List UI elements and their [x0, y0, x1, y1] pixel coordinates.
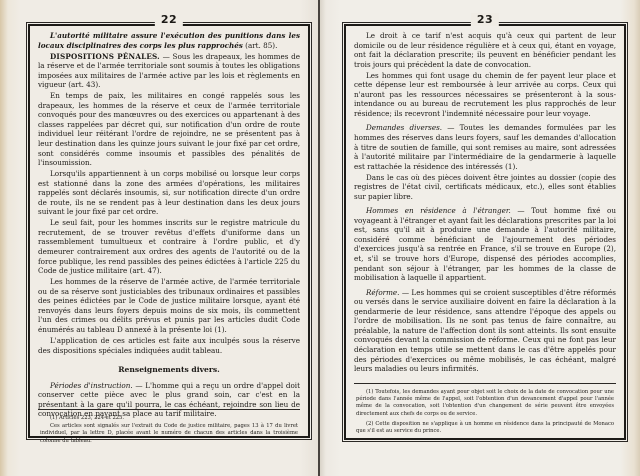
reforme-paragraph: Réforme. — Les hommes qui se croient sus…: [354, 288, 616, 374]
right-footnotes: (1) Toutefois, les demandes ayant pour o…: [356, 389, 614, 438]
footnote: Ces articles sont signalés sur l'extrait…: [40, 423, 298, 445]
paragraph: Lorsqu'ils appartiennent à un corps mobi…: [38, 169, 300, 217]
demandes-title: Demandes diverses.: [366, 123, 442, 132]
left-page: 22 L'autorité militaire assure l'exécuti…: [0, 0, 320, 476]
intro-article-ref: (art. 85).: [243, 41, 278, 50]
right-page-border-frame: 23 Le droit à ce tarif n'est acquis qu'à…: [344, 24, 626, 440]
paragraph: Le seul fait, pour les hommes inscrits s…: [38, 218, 300, 275]
etranger-title: Hommes en résidence à l'étranger.: [366, 206, 511, 215]
instruction-paragraph: Périodes d'instruction. — L'homme qui a …: [38, 381, 300, 419]
left-footnotes: (1) Articles 223, 224 et 225. Ces articl…: [40, 415, 298, 448]
etranger-text: — Tout homme fixé ou voyageant à l'étran…: [354, 206, 616, 282]
paragraph: Le droit à ce tarif n'est acquis qu'à ce…: [354, 31, 616, 69]
booklet-spread: 22 L'autorité militaire assure l'exécuti…: [0, 0, 640, 476]
footnote-divider: [38, 409, 300, 410]
instruction-title: Périodes d'instruction.: [50, 381, 133, 390]
penal-title: DISPOSITIONS PÉNALES.: [50, 52, 160, 61]
paragraph: En temps de paix, les militaires en cong…: [38, 91, 300, 167]
penal-paragraph: DISPOSITIONS PÉNALES. — Sous les drapeau…: [38, 52, 300, 90]
left-page-border-frame: 22 L'autorité militaire assure l'exécuti…: [28, 24, 310, 438]
paragraph: Les hommes qui font usage du chemin de f…: [354, 71, 616, 119]
reforme-text: — Les hommes qui se croient susceptibles…: [354, 288, 616, 373]
section-heading: Renseignements divers.: [38, 365, 300, 375]
pieces-paragraph: Dans le cas où des pièces doivent être j…: [354, 173, 616, 202]
footnote: (1) Toutefois, les demandes ayant pour o…: [356, 389, 614, 418]
right-page-body: Le droit à ce tarif n'est acquis qu'à ce…: [354, 31, 616, 375]
left-page-body: L'autorité militaire assure l'exécution …: [38, 31, 300, 420]
reforme-title: Réforme.: [366, 288, 399, 297]
right-page: 23 Le droit à ce tarif n'est acquis qu'à…: [320, 0, 640, 476]
footnote: (1) Articles 223, 224 et 225.: [40, 415, 298, 422]
intro-paragraph: L'autorité militaire assure l'exécution …: [38, 31, 300, 50]
footnote-divider: [354, 383, 616, 384]
paragraph: L'application de ces articles est faite …: [38, 336, 300, 355]
footnote: (2) Cette disposition ne s'applique à un…: [356, 421, 614, 435]
page-number: 23: [471, 13, 499, 26]
paragraph: Les hommes de la réserve de l'armée acti…: [38, 277, 300, 334]
demandes-paragraph: Demandes diverses. — Toutes les demandes…: [354, 123, 616, 171]
page-number: 22: [155, 13, 183, 26]
etranger-paragraph: Hommes en résidence à l'étranger. — Tout…: [354, 206, 616, 282]
